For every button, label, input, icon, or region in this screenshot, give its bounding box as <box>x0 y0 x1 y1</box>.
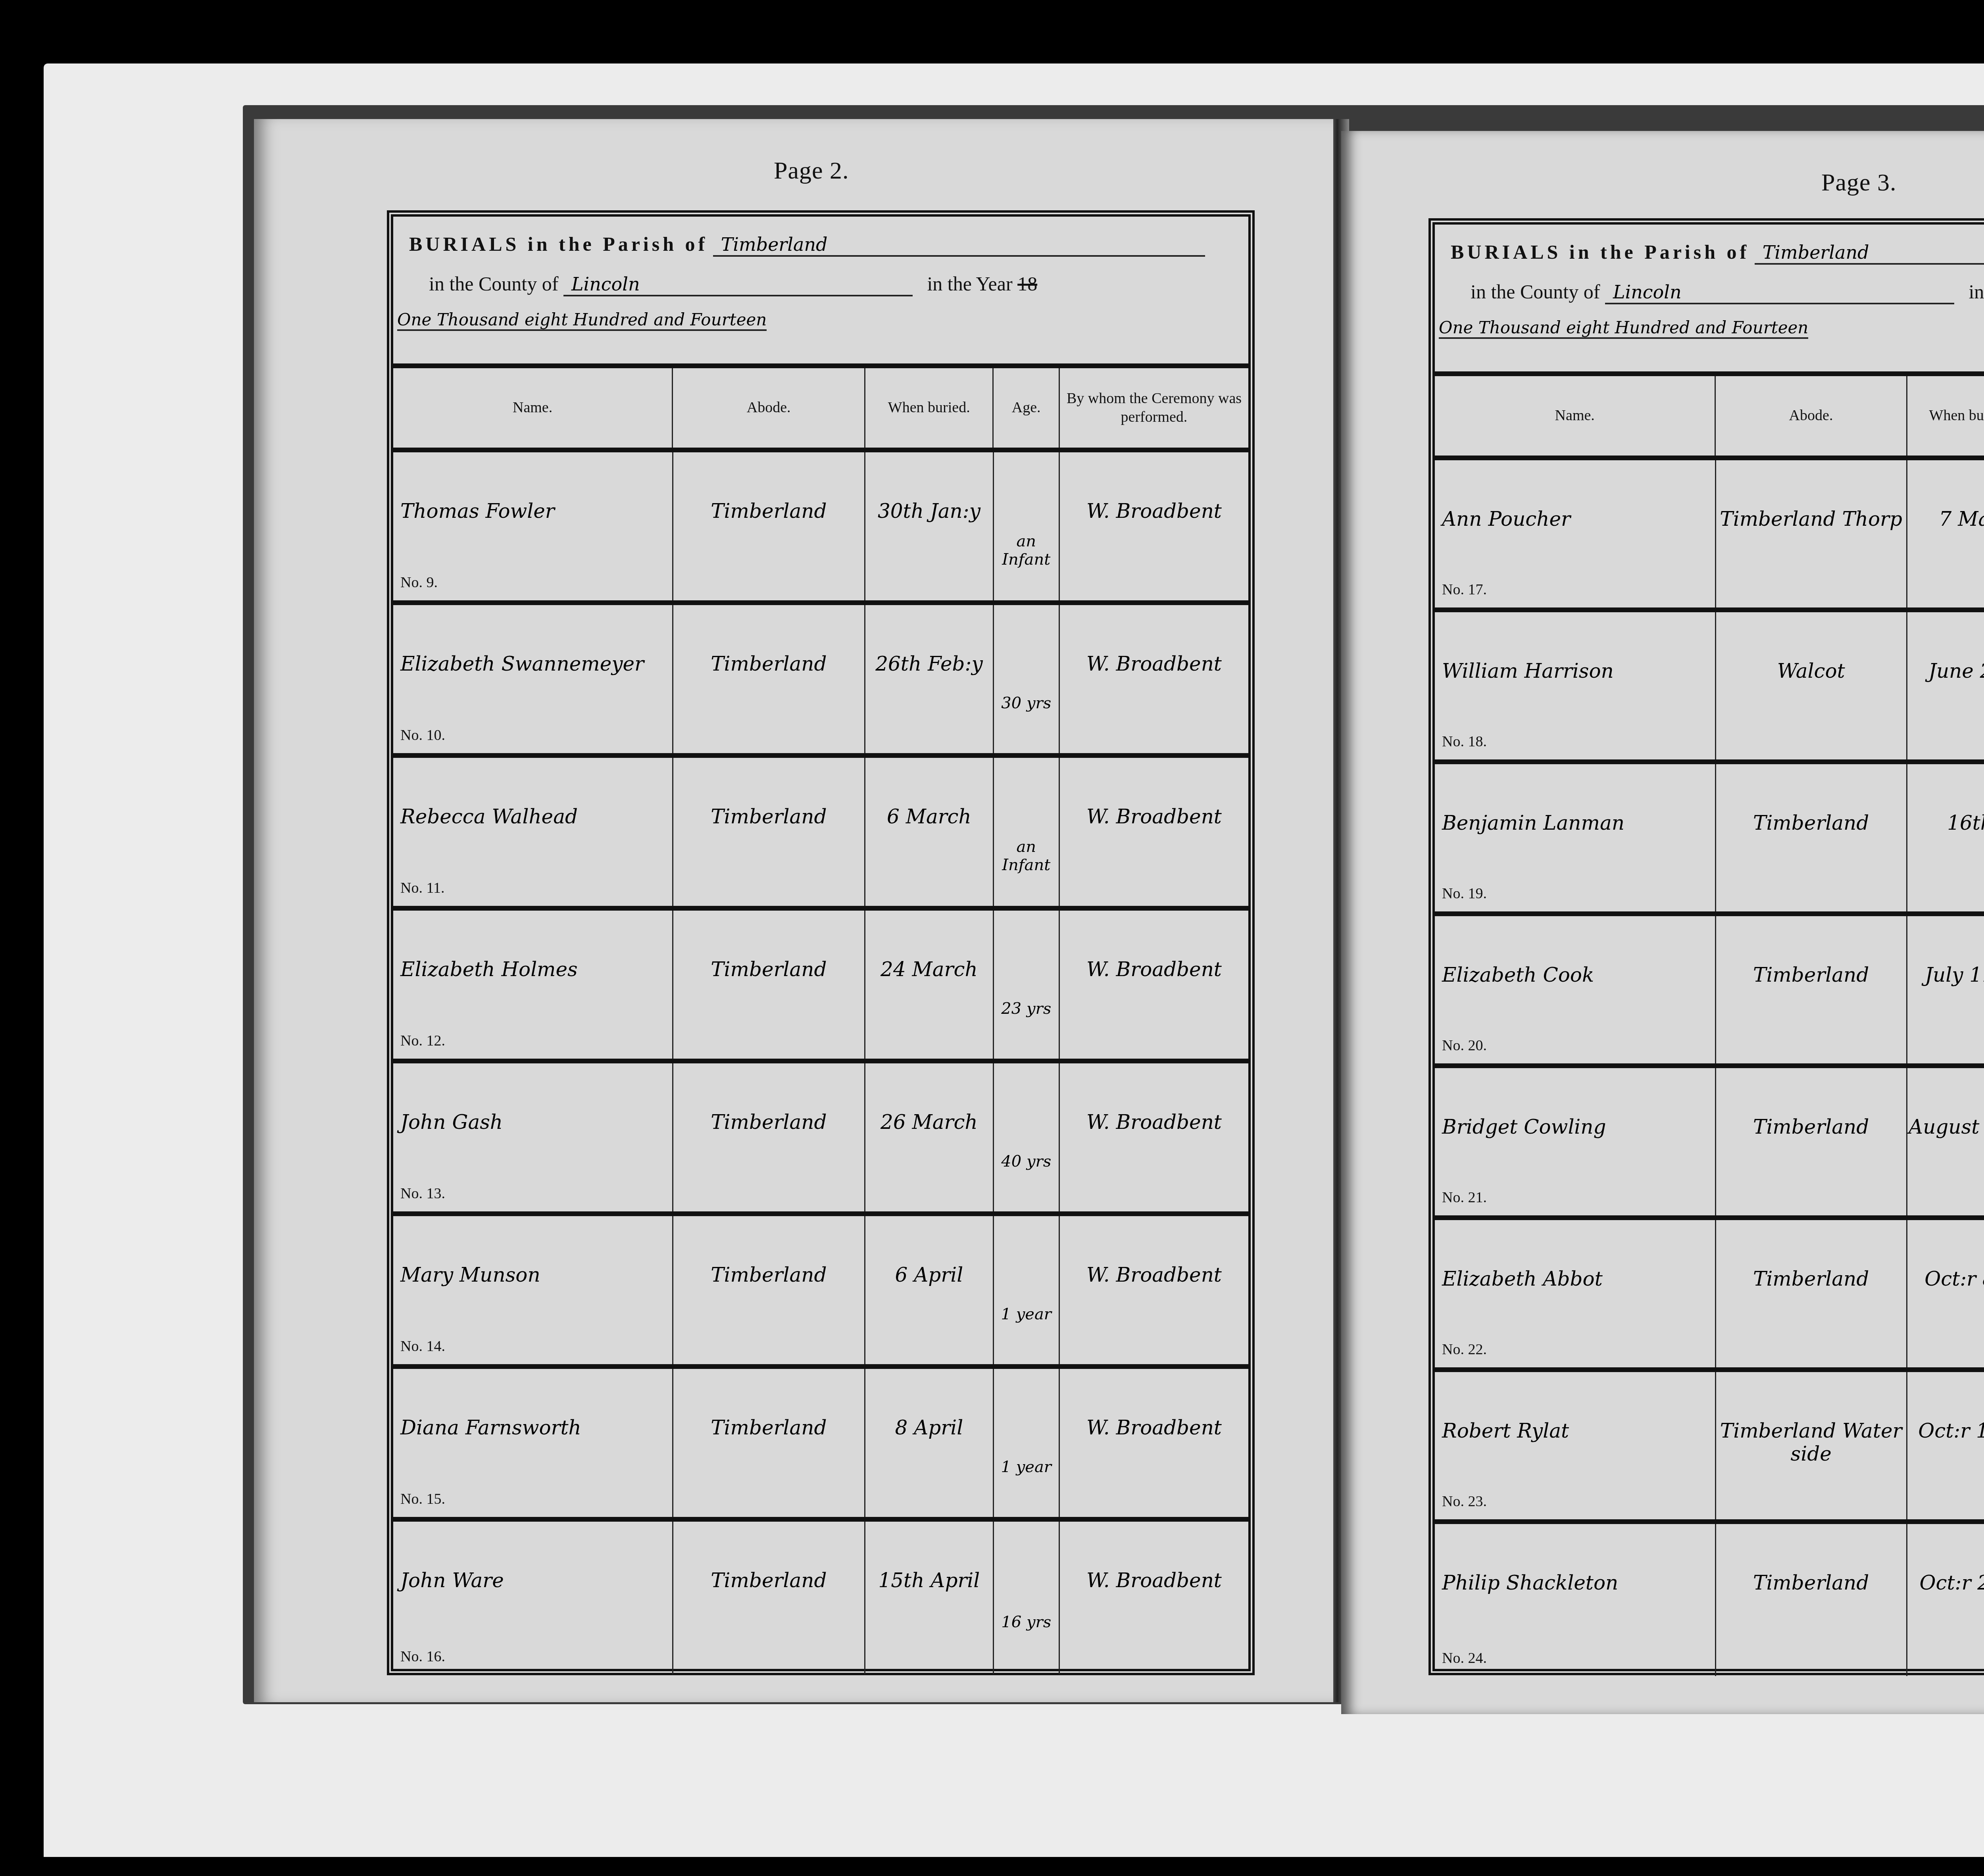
entry-officiant-text: W. Broadbent <box>1086 805 1222 828</box>
entry-name: Philip ShackletonNo. 24. <box>1435 1524 1716 1676</box>
entry-abode-text: Timberland <box>711 653 827 676</box>
entry-officiant: W. Broadbent <box>1060 1369 1248 1517</box>
entry-age-text: 40 yrs <box>1001 1152 1051 1171</box>
entry-abode: Timberland <box>1716 1220 1907 1367</box>
entry-name-text: Ann Poucher <box>1442 508 1571 531</box>
entry-burial-date: 7 May <box>1907 460 1984 607</box>
entry-abode-text: Timberland <box>711 805 827 828</box>
register-entry: Diana FarnsworthNo. 15.Timberland8 April… <box>393 1369 1248 1522</box>
page-number-right: Page 3. <box>1821 169 1897 197</box>
entry-burial-date-text: 26 March <box>880 1111 978 1134</box>
entry-abode-text: Timberland <box>1753 1268 1869 1291</box>
entry-officiant: W. Broadbent <box>1060 1522 1248 1674</box>
entry-number: No. 22. <box>1442 1341 1487 1359</box>
entry-burial-date: Oct:r 21st <box>1907 1524 1984 1676</box>
entry-officiant: W. Broadbent <box>1060 1216 1248 1364</box>
entry-abode-text: Timberland <box>1753 1572 1869 1595</box>
entry-number: No. 9. <box>400 574 438 592</box>
entry-burial-date: 24 March <box>865 911 994 1059</box>
column-headers: Name. Abode. When buried. Age. By whom t… <box>393 368 1248 452</box>
entry-officiant-text: W. Broadbent <box>1086 653 1222 676</box>
entry-name-text: Diana Farnsworth <box>400 1417 581 1440</box>
entry-abode-text: Timberland <box>711 1417 827 1440</box>
entry-officiant-text: W. Broadbent <box>1086 1417 1222 1440</box>
entry-number: No. 13. <box>400 1185 445 1203</box>
page-number-left: Page 2. <box>774 157 849 185</box>
entry-name-text: Elizabeth Swannemeyer <box>400 653 644 676</box>
parish-label: BURIALS in the Parish of <box>1451 241 1749 263</box>
entry-name: Elizabeth SwannemeyerNo. 10. <box>393 605 673 753</box>
entry-abode-text: Timberland Thorp <box>1720 508 1902 531</box>
entry-abode: Timberland <box>1716 1524 1907 1676</box>
county-label: in the County of <box>1471 281 1600 303</box>
entries-left: Thomas FowlerNo. 9.Timberland30th Jan:ya… <box>393 452 1248 1674</box>
entry-name: John WareNo. 16. <box>393 1522 673 1674</box>
county-line: in the County of Lincoln in the Year 18 <box>429 272 1037 296</box>
entry-name: Ann PoucherNo. 17. <box>1435 460 1716 607</box>
col-header-abode: Abode. <box>673 368 865 448</box>
entry-abode-text: Timberland <box>711 958 827 981</box>
parish-line: BURIALS in the Parish of Timberland <box>1451 240 1984 265</box>
entry-burial-date: Oct:r 8th <box>1907 1220 1984 1367</box>
parish-value: Timberland <box>713 234 1205 257</box>
entry-number: No. 11. <box>400 880 445 897</box>
entry-name: Diana FarnsworthNo. 15. <box>393 1369 673 1517</box>
entry-abode: Timberland <box>1716 916 1907 1063</box>
entry-age: 1 year <box>994 1369 1060 1517</box>
entry-name: Thomas FowlerNo. 9. <box>393 452 673 600</box>
register-entry: Elizabeth AbbotNo. 22.TimberlandOct:r 8t… <box>1435 1220 1984 1372</box>
entry-burial-date-text: 15th April <box>879 1569 980 1592</box>
entry-abode: Timberland Water side <box>1716 1372 1907 1519</box>
register-entry: Elizabeth CookNo. 20.TimberlandJuly 11th… <box>1435 916 1984 1068</box>
register-table-left: BURIALS in the Parish of Timberland in t… <box>391 214 1251 1671</box>
entry-abode: Timberland <box>673 911 866 1059</box>
entry-abode-text: Timberland <box>711 1264 827 1287</box>
entry-number: No. 15. <box>400 1491 445 1508</box>
entry-age-text: 16 yrs <box>1001 1613 1051 1631</box>
parish-value: Timberland <box>1755 242 1984 265</box>
entry-burial-date-text: 7 May <box>1939 508 1984 531</box>
entry-abode: Timberland <box>673 758 866 906</box>
entry-name-text: Bridget Cowling <box>1442 1116 1606 1139</box>
entry-age: 30 yrs <box>994 605 1060 753</box>
entry-name-text: Robert Rylat <box>1442 1420 1569 1443</box>
entry-officiant-text: W. Broadbent <box>1086 1111 1222 1134</box>
entry-officiant: W. Broadbent <box>1060 911 1248 1059</box>
register-entry: Philip ShackletonNo. 24.TimberlandOct:r … <box>1435 1524 1984 1676</box>
register-entry: Elizabeth HolmesNo. 12.Timberland24 Marc… <box>393 911 1248 1063</box>
entry-number: No. 24. <box>1442 1650 1487 1667</box>
entry-burial-date-text: June 22: <box>1928 660 1984 683</box>
entry-burial-date: June 22: <box>1907 612 1984 759</box>
col-header-age: Age. <box>994 368 1060 448</box>
entry-number: No. 16. <box>400 1648 445 1666</box>
entry-burial-date: 6 March <box>865 758 994 906</box>
entry-officiant-text: W. Broadbent <box>1086 1264 1222 1287</box>
entry-age: an Infant <box>994 452 1060 600</box>
entry-officiant-text: W. Broadbent <box>1086 500 1222 523</box>
year-label: in the Year <box>927 273 1012 295</box>
county-line: in the County of Lincoln in the Year 18 <box>1471 280 1984 304</box>
county-label: in the County of <box>429 273 558 295</box>
register-header: BURIALS in the Parish of Timberland in t… <box>393 217 1248 368</box>
col-header-when-buried: When buried. <box>1907 376 1984 456</box>
col-header-name: Name. <box>1435 376 1716 456</box>
entry-abode: Timberland <box>673 1216 866 1364</box>
entry-age-text: an Infant <box>994 532 1059 569</box>
entry-age: 23 yrs <box>994 911 1060 1059</box>
entry-burial-date-text: 30th Jan:y <box>878 500 980 523</box>
register-entry: Elizabeth SwannemeyerNo. 10.Timberland26… <box>393 605 1248 758</box>
entry-name: Benjamin LanmanNo. 19. <box>1435 764 1716 911</box>
entry-burial-date: Oct:r 10th <box>1907 1372 1984 1519</box>
col-header-officiant: By whom the Ceremony was performed. <box>1060 368 1248 448</box>
entry-officiant-text: W. Broadbent <box>1086 1569 1222 1592</box>
entry-abode: Timberland Thorp <box>1716 460 1907 607</box>
entry-abode: Timberland <box>673 1063 866 1211</box>
entry-burial-date-text: 6 April <box>895 1264 963 1287</box>
entry-number: No. 21. <box>1442 1189 1487 1207</box>
entry-burial-date: 26 March <box>865 1063 994 1211</box>
register-entry: Robert RylatNo. 23.Timberland Water side… <box>1435 1372 1984 1524</box>
entry-name-text: Elizabeth Abbot <box>1442 1268 1603 1291</box>
entry-abode: Timberland <box>673 1369 866 1517</box>
entries-right: Ann PoucherNo. 17.Timberland Thorp7 May7… <box>1435 460 1984 1676</box>
entry-name-text: John Ware <box>400 1569 504 1592</box>
entry-number: No. 12. <box>400 1032 445 1050</box>
entry-name: Robert RylatNo. 23. <box>1435 1372 1716 1519</box>
register-entry: Ann PoucherNo. 17.Timberland Thorp7 May7… <box>1435 460 1984 612</box>
entry-age: 40 yrs <box>994 1063 1060 1211</box>
entry-abode-text: Timberland <box>711 500 827 523</box>
register-entry: William HarrisonNo. 18.WalcotJune 22:22 … <box>1435 612 1984 764</box>
entry-officiant: W. Broadbent <box>1060 605 1248 753</box>
entry-abode-text: Timberland <box>711 1569 827 1592</box>
entry-burial-date: July 11th <box>1907 916 1984 1063</box>
entry-number: No. 17. <box>1442 581 1487 599</box>
entry-age-text: an Infant <box>994 838 1059 874</box>
entry-age-text: 23 yrs <box>1001 1000 1051 1018</box>
col-header-abode: Abode. <box>1716 376 1907 456</box>
entry-burial-date-text: Oct:r 21st <box>1920 1572 1984 1595</box>
entry-name: William HarrisonNo. 18. <box>1435 612 1716 759</box>
entry-burial-date-text: 8 April <box>895 1417 963 1440</box>
entry-burial-date: 26th Feb:y <box>865 605 994 753</box>
entry-name-text: Elizabeth Cook <box>1442 964 1594 987</box>
register-entry: Rebecca WalheadNo. 11.Timberland6 Marcha… <box>393 758 1248 911</box>
entry-name-text: Elizabeth Holmes <box>400 958 578 981</box>
entry-number: No. 18. <box>1442 733 1487 751</box>
entry-burial-date-text: 16th <box>1947 812 1984 835</box>
parish-line: BURIALS in the Parish of Timberland <box>409 233 1205 257</box>
column-headers: Name. Abode. When buried. Age. By whom t… <box>1435 376 1984 460</box>
year-written: One Thousand eight Hundred and Fourteen <box>397 310 767 331</box>
register-entry: John GashNo. 13.Timberland26 March40 yrs… <box>393 1063 1248 1216</box>
entry-number: No. 23. <box>1442 1493 1487 1511</box>
entry-number: No. 19. <box>1442 885 1487 903</box>
entry-number: No. 14. <box>400 1338 445 1355</box>
entry-name: Bridget CowlingNo. 21. <box>1435 1068 1716 1215</box>
entry-name-text: Mary Munson <box>400 1264 540 1287</box>
col-header-name: Name. <box>393 368 673 448</box>
entry-burial-date: 16th <box>1907 764 1984 911</box>
entry-burial-date-text: 6 March <box>887 805 971 828</box>
entry-number: No. 10. <box>400 727 445 744</box>
entry-abode: Timberland <box>1716 764 1907 911</box>
register-header: BURIALS in the Parish of Timberland in t… <box>1435 225 1984 376</box>
entry-name: Elizabeth AbbotNo. 22. <box>1435 1220 1716 1367</box>
register-entry: Bridget CowlingNo. 21.TimberlandAugust 3… <box>1435 1068 1984 1220</box>
entry-abode: Timberland <box>673 605 866 753</box>
entry-abode-text: Timberland <box>711 1111 827 1134</box>
year-printed: 18 <box>1017 273 1037 295</box>
entry-burial-date: 15th April <box>865 1522 994 1674</box>
col-header-when-buried: When buried. <box>865 368 994 448</box>
entry-officiant: W. Broadbent <box>1060 758 1248 906</box>
entry-burial-date-text: Oct:r 10th <box>1918 1420 1984 1443</box>
entry-burial-date-text: 24 March <box>880 958 978 981</box>
entry-name-text: Benjamin Lanman <box>1442 812 1624 835</box>
entry-age-text: 30 yrs <box>1001 694 1051 712</box>
year-label: in the Year <box>1969 281 1984 303</box>
entry-age: 1 year <box>994 1216 1060 1364</box>
entry-burial-date: August 30th <box>1907 1068 1984 1215</box>
entry-burial-date-text: July 11th <box>1925 964 1984 987</box>
entry-name: Mary MunsonNo. 14. <box>393 1216 673 1364</box>
register-entry: Benjamin LanmanNo. 19.Timberland16th3 yr… <box>1435 764 1984 916</box>
county-value: Lincoln <box>1605 281 1954 304</box>
entry-name: Elizabeth HolmesNo. 12. <box>393 911 673 1059</box>
entry-abode-text: Timberland <box>1753 812 1869 835</box>
register-entry: Thomas FowlerNo. 9.Timberland30th Jan:ya… <box>393 452 1248 605</box>
entry-name-text: William Harrison <box>1442 660 1614 683</box>
entry-age: an Infant <box>994 758 1060 906</box>
entry-abode: Timberland <box>673 452 866 600</box>
year-written: One Thousand eight Hundred and Fourteen <box>1439 318 1808 339</box>
entry-name-text: Thomas Fowler <box>400 500 555 523</box>
entry-burial-date: 6 April <box>865 1216 994 1364</box>
entry-burial-date: 8 April <box>865 1369 994 1517</box>
register-table-right: BURIALS in the Parish of Timberland in t… <box>1432 222 1984 1671</box>
entry-burial-date: 30th Jan:y <box>865 452 994 600</box>
entry-abode-text: Timberland Water side <box>1716 1420 1906 1465</box>
entry-name-text: Philip Shackleton <box>1442 1572 1618 1595</box>
entry-age-text: 1 year <box>1001 1305 1052 1323</box>
entry-name-text: John Gash <box>400 1111 503 1134</box>
entry-abode-text: Walcot <box>1777 660 1845 683</box>
parish-label: BURIALS in the Parish of <box>409 233 708 255</box>
entry-abode-text: Timberland <box>1753 1116 1869 1139</box>
register-entry: Mary MunsonNo. 14.Timberland6 April1 yea… <box>393 1216 1248 1369</box>
entry-abode: Walcot <box>1716 612 1907 759</box>
entry-name-text: Rebecca Walhead <box>400 805 578 828</box>
entry-abode: Timberland <box>1716 1068 1907 1215</box>
entry-officiant: W. Broadbent <box>1060 1063 1248 1211</box>
entry-name: Rebecca WalheadNo. 11. <box>393 758 673 906</box>
entry-burial-date-text: Oct:r 8th <box>1924 1268 1984 1291</box>
entry-abode-text: Timberland <box>1753 964 1869 987</box>
entry-abode: Timberland <box>673 1522 866 1674</box>
entry-officiant: W. Broadbent <box>1060 452 1248 600</box>
entry-name: John GashNo. 13. <box>393 1063 673 1211</box>
entry-name: Elizabeth CookNo. 20. <box>1435 916 1716 1063</box>
register-entry: John WareNo. 16.Timberland15th April16 y… <box>393 1522 1248 1674</box>
entry-officiant-text: W. Broadbent <box>1086 958 1222 981</box>
entry-age-text: 1 year <box>1001 1458 1052 1476</box>
entry-age: 16 yrs <box>994 1522 1060 1674</box>
entry-burial-date-text: 26th Feb:y <box>875 653 982 676</box>
entry-burial-date-text: August 30th <box>1909 1116 1984 1139</box>
entry-number: No. 20. <box>1442 1037 1487 1055</box>
county-value: Lincoln <box>563 273 913 296</box>
